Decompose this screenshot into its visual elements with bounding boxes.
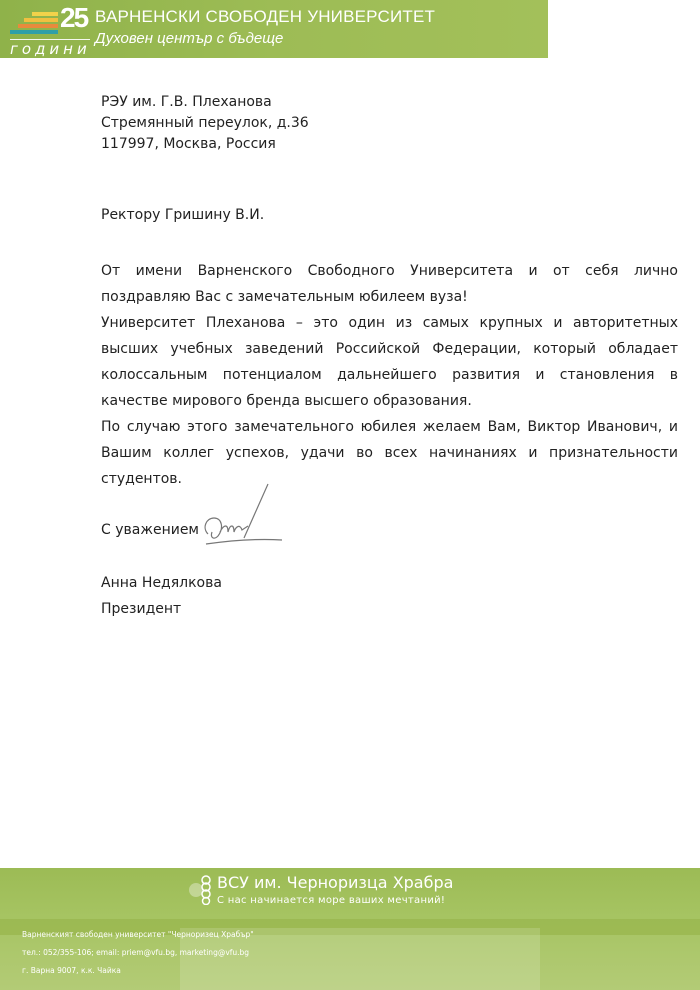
letterhead-banner: 25 години ВАРНЕНСКИ СВОБОДЕН УНИВЕРСИТЕТ… <box>0 0 548 58</box>
anniversary-number: 25 <box>60 2 87 34</box>
anniversary-word: години <box>10 40 91 58</box>
stripes-icon <box>10 12 58 36</box>
university-name: ВАРНЕНСКИ СВОБОДЕН УНИВЕРСИТЕТ <box>95 7 435 27</box>
signer-title: Президент <box>101 596 678 622</box>
address-line: РЭУ им. Г.В. Плеханова <box>101 92 678 113</box>
address-line: Стремянный переулок, д.36 <box>101 113 678 134</box>
signature-image <box>200 482 290 552</box>
address-line: 117997, Москва, Россия <box>101 134 678 155</box>
footer-contact-line: тел.: 052/355-106; email: priem@vfu.bg, … <box>22 948 249 957</box>
body-paragraph: От имени Варненского Свободного Универси… <box>101 258 678 310</box>
recipient-address: РЭУ им. Г.В. Плеханова Стремянный переул… <box>101 92 678 155</box>
signer-name: Анна Недялкова <box>101 570 678 596</box>
footer-info-line: Варненският свободен университет "Чернор… <box>22 930 254 939</box>
footer-logo-title: ВСУ им. Черноризца Храбра <box>217 873 453 892</box>
anniversary-logo: 25 години <box>6 4 90 56</box>
body-paragraph: По случаю этого замечательного юбилея же… <box>101 414 678 492</box>
letter-body: От имени Варненского Свободного Универси… <box>101 258 678 492</box>
vfu-logo-icon <box>188 875 216 905</box>
salutation: Ректору Гришину В.И. <box>101 202 678 228</box>
footer-banner: ВСУ им. Черноризца Храбра С нас начинает… <box>0 868 700 990</box>
university-motto: Духовен център с бъдеще <box>95 30 283 47</box>
footer-address-line: г. Варна 9007, к.к. Чайка <box>22 966 121 975</box>
body-paragraph: Университет Плеханова – это один из самы… <box>101 310 678 414</box>
footer-logo-subtitle: С нас начинается море ваших мечтаний! <box>217 895 445 906</box>
closing: С уважением <box>101 517 678 543</box>
